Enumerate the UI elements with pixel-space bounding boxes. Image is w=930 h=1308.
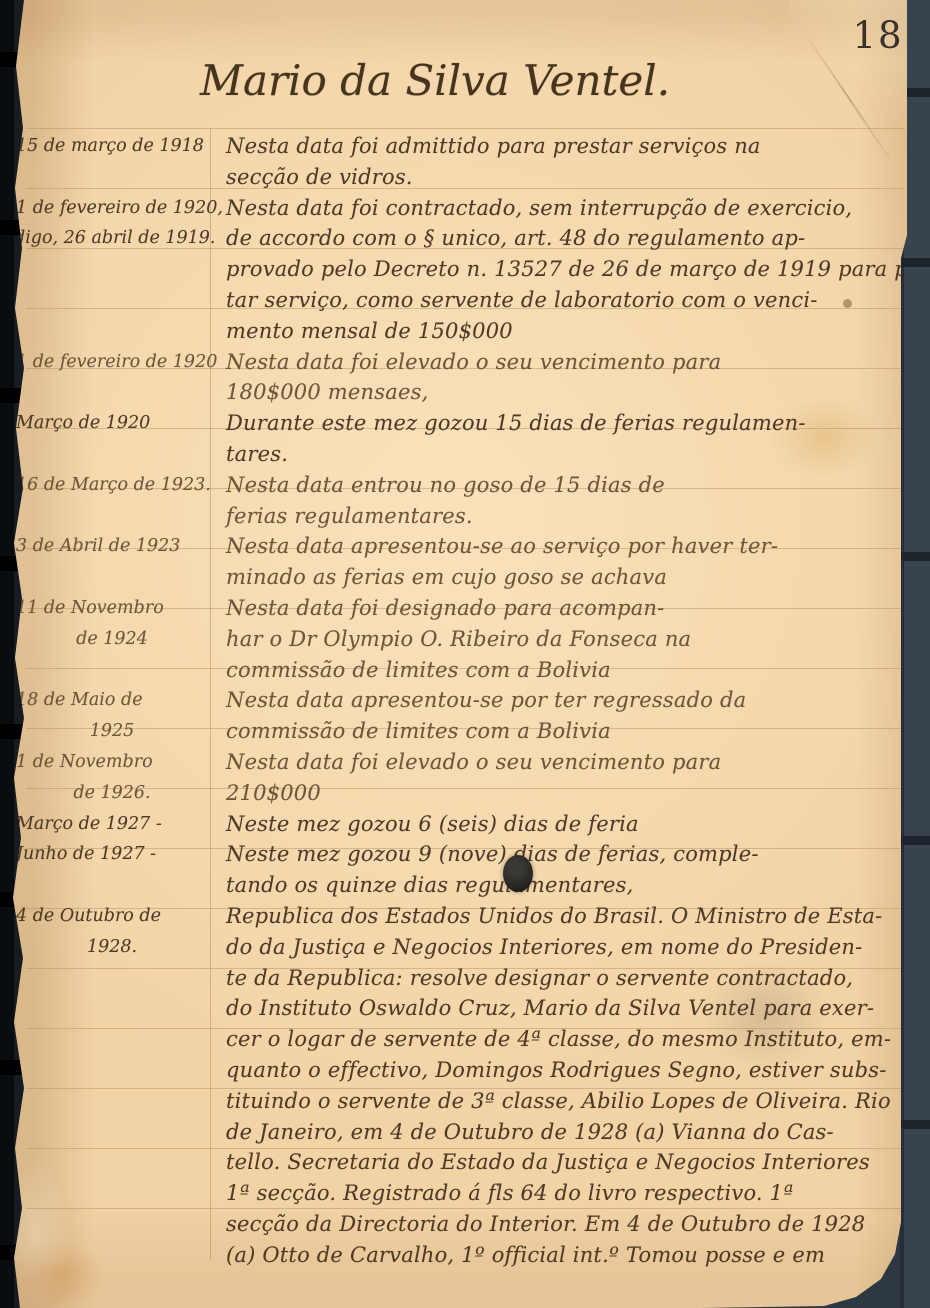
entry-date: 1 de fevereiro de 1920,digo, 26 abril de… xyxy=(14,193,210,347)
text-line: ferias regulamentares. xyxy=(226,501,906,532)
text-line: Nesta data foi designado para acompan- xyxy=(226,593,906,624)
text-line: commissão de limites com a Bolivia xyxy=(226,655,906,686)
record-entry: 1 de Novembrode 1926.Nesta data foi elev… xyxy=(14,747,906,809)
book-page-band xyxy=(900,836,930,845)
date-line: 1 de fevereiro de 1920 xyxy=(14,347,210,378)
date-line: 1 de Novembro xyxy=(14,747,210,778)
date-line: de 1926. xyxy=(14,778,210,809)
text-line: Nesta data foi admittido para prestar se… xyxy=(226,131,906,162)
entry-text: Nesta data foi elevado o seu vencimento … xyxy=(210,747,906,809)
text-line: har o Dr Olympio O. Ribeiro da Fonseca n… xyxy=(226,624,906,655)
date-line: 16 de Março de 1923. xyxy=(14,470,210,501)
date-line: 1 de fevereiro de 1920, xyxy=(14,193,210,224)
text-line: tello. Secretaria do Estado da Justiça e… xyxy=(226,1147,906,1178)
text-line: Durante este mez gozou 15 dias de ferias… xyxy=(226,408,906,439)
text-line: Neste mez gozou 6 (seis) dias de feria xyxy=(226,809,906,840)
date-line: 4 de Outubro de xyxy=(14,901,210,932)
entry-date: Março de 1927 - xyxy=(14,809,210,840)
entry-text: Nesta data apresentou-se por ter regress… xyxy=(210,685,906,747)
record-entry: 4 de Outubro de1928.Republica dos Estado… xyxy=(14,901,906,1271)
text-line: minado as ferias em cujo goso se achava xyxy=(226,562,906,593)
text-line: te da Republica: resolve designar o serv… xyxy=(226,963,906,994)
text-line: Neste mez gozou 9 (nove) dias de ferias,… xyxy=(226,839,906,870)
text-line: de Janeiro, em 4 de Outubro de 1928 (a) … xyxy=(226,1117,906,1148)
entry-text: Neste mez gozou 9 (nove) dias de ferias,… xyxy=(210,839,906,901)
text-line: quanto o effectivo, Domingos Rodrigues S… xyxy=(226,1055,906,1086)
record-entry: 18 de Maio de1925Nesta data apresentou-s… xyxy=(14,685,906,747)
record-entry: Março de 1920Durante este mez gozou 15 d… xyxy=(14,408,906,470)
text-line: secção da Directoria do Interior. Em 4 d… xyxy=(226,1209,906,1240)
record-entry: 11 de Novembrode 1924Nesta data foi desi… xyxy=(14,593,906,685)
punch-hole xyxy=(503,855,533,892)
record-entry: 3 de Abril de 1923Nesta data apresentou-… xyxy=(14,531,906,593)
entry-date: Junho de 1927 - xyxy=(14,839,210,901)
text-line: tares. xyxy=(226,439,906,470)
entry-date: 16 de Março de 1923. xyxy=(14,470,210,532)
entry-date: 1 de Novembrode 1926. xyxy=(14,747,210,809)
entry-text: Neste mez gozou 6 (seis) dias de feria xyxy=(210,809,906,840)
text-line: do Instituto Oswaldo Cruz, Mario da Silv… xyxy=(226,993,906,1024)
page-number: 18 xyxy=(848,14,908,57)
entry-date: 4 de Outubro de1928. xyxy=(14,901,210,1271)
record-entry: 1 de fevereiro de 1920,digo, 26 abril de… xyxy=(14,193,906,347)
date-line: Março de 1927 - xyxy=(14,809,210,840)
text-line: Nesta data entrou no goso de 15 dias de xyxy=(226,470,906,501)
record-entries: 15 de março de 1918Nesta data foi admitt… xyxy=(14,131,906,1270)
text-line: de accordo com o § unico, art. 48 do reg… xyxy=(226,223,906,254)
text-line: 1ª secção. Registrado á fls 64 do livro … xyxy=(226,1178,906,1209)
text-line: do da Justiça e Negocios Interiores, em … xyxy=(226,932,906,963)
text-line: mento mensal de 150$000 xyxy=(226,316,906,347)
date-line: 1928. xyxy=(14,932,210,963)
scanned-document-screenshot: { "page": { "number": "18", "title": "Ma… xyxy=(0,0,930,1308)
document-page: 18 Mario da Silva Ventel. 15 de março de… xyxy=(0,0,930,1308)
record-entry: Junho de 1927 -Neste mez gozou 9 (nove) … xyxy=(14,839,906,901)
date-line: 1925 xyxy=(14,716,210,747)
entry-date: 1 de fevereiro de 1920 xyxy=(14,347,210,409)
date-line: Março de 1920 xyxy=(14,408,210,439)
text-line: Nesta data apresentou-se por ter regress… xyxy=(226,685,906,716)
book-page-band xyxy=(900,258,930,267)
scanner-tick-mark xyxy=(0,724,24,739)
date-line: digo, 26 abril de 1919. xyxy=(14,223,210,254)
date-line: 18 de Maio de xyxy=(14,685,210,716)
text-line: cer o logar de servente de 4ª classe, do… xyxy=(226,1024,906,1055)
text-line: tar serviço, como servente de laboratori… xyxy=(226,285,906,316)
date-line: 11 de Novembro xyxy=(14,593,210,624)
text-line: Nesta data apresentou-se ao serviço por … xyxy=(226,531,906,562)
text-line: Nesta data foi elevado o seu vencimento … xyxy=(226,347,906,378)
record-entry: 16 de Março de 1923.Nesta data entrou no… xyxy=(14,470,906,532)
text-line: commissão de limites com a Bolivia xyxy=(226,716,906,747)
date-line: 3 de Abril de 1923 xyxy=(14,531,210,562)
entry-text: Nesta data foi elevado o seu vencimento … xyxy=(210,347,906,409)
entry-date: 18 de Maio de1925 xyxy=(14,685,210,747)
page-title: Mario da Silva Ventel. xyxy=(150,56,720,105)
text-line: (a) Otto de Carvalho, 1º official int.º … xyxy=(226,1240,906,1271)
text-line: 180$000 mensaes, xyxy=(226,377,906,408)
record-entry: 1 de fevereiro de 1920Nesta data foi ele… xyxy=(14,347,906,409)
text-line: tituindo o servente de 3ª classe, Abilio… xyxy=(226,1086,906,1117)
entry-text: Republica dos Estados Unidos do Brasil. … xyxy=(210,901,906,1271)
entry-text: Nesta data foi admittido para prestar se… xyxy=(210,131,906,193)
entry-text: Nesta data foi designado para acompan-ha… xyxy=(210,593,906,685)
entry-text: Nesta data foi contractado, sem interrup… xyxy=(210,193,906,347)
entry-text: Nesta data apresentou-se ao serviço por … xyxy=(210,531,906,593)
entry-text: Nesta data entrou no goso de 15 dias def… xyxy=(210,470,906,532)
text-line: Nesta data foi contractado, sem interrup… xyxy=(226,193,906,224)
book-page-band xyxy=(900,1120,930,1129)
record-entry: Março de 1927 -Neste mez gozou 6 (seis) … xyxy=(14,809,906,840)
date-line: 15 de março de 1918 xyxy=(14,131,210,162)
entry-date: 15 de março de 1918 xyxy=(14,131,210,193)
entry-text: Durante este mez gozou 15 dias de ferias… xyxy=(210,408,906,470)
text-line: provado pelo Decreto n. 13527 de 26 de m… xyxy=(226,254,906,285)
record-entry: 15 de março de 1918Nesta data foi admitt… xyxy=(14,131,906,193)
text-line: tando os quinze dias regulamentares, xyxy=(226,870,906,901)
text-line: Nesta data foi elevado o seu vencimento … xyxy=(226,747,906,778)
entry-date: 11 de Novembrode 1924 xyxy=(14,593,210,685)
book-page-band xyxy=(900,552,930,561)
text-line: Republica dos Estados Unidos do Brasil. … xyxy=(226,901,906,932)
entry-date: 3 de Abril de 1923 xyxy=(14,531,210,593)
date-line: Junho de 1927 - xyxy=(14,839,210,870)
entry-date: Março de 1920 xyxy=(14,408,210,470)
text-line: secção de vidros. xyxy=(226,162,906,193)
text-line: 210$000 xyxy=(226,778,906,809)
date-line: de 1924 xyxy=(14,624,210,655)
